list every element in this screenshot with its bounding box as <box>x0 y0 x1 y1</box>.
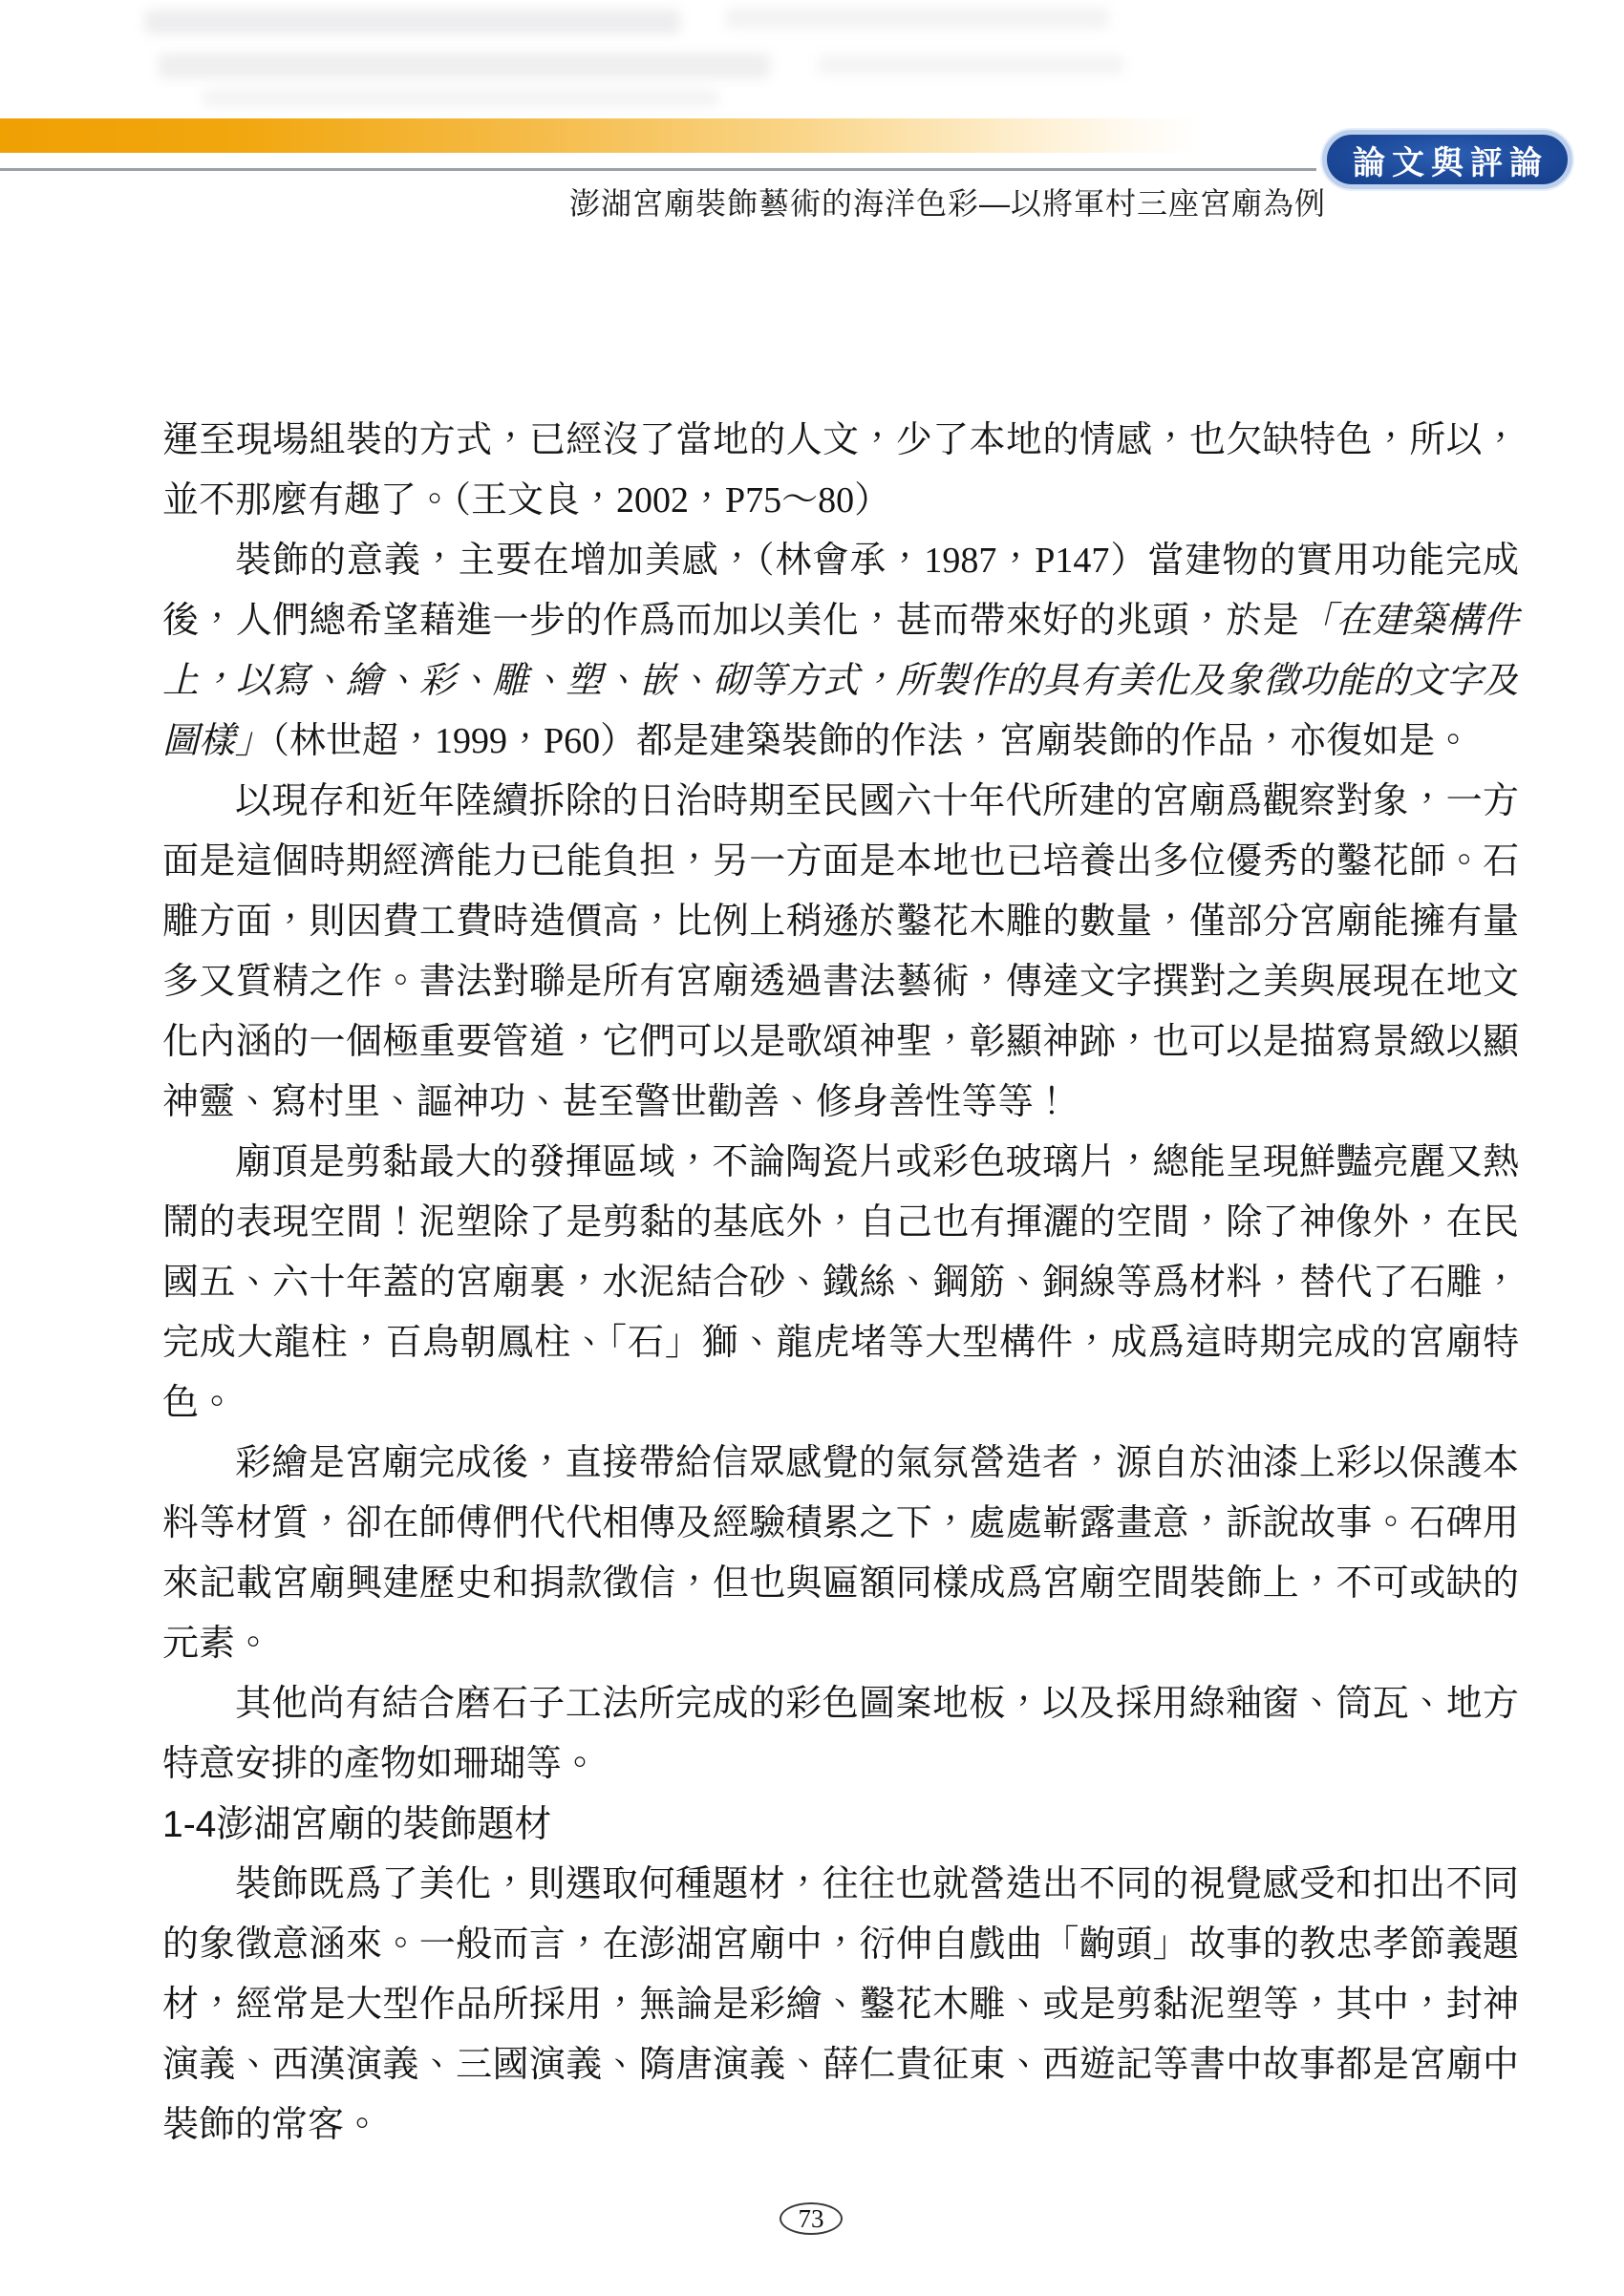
running-header-title: 澎湖宮廟裝飾藝術的海洋色彩—以將軍村三座宮廟為例 <box>569 180 1326 223</box>
bleed-through-artifact <box>726 8 1108 29</box>
section-heading: 1-4澎湖宮廟的裝飾題材 <box>162 1795 1519 1855</box>
text-run: 其他尚有結合磨石子工法所完成的彩色圖案地板，以及採用綠釉窗、筒瓦、地方特意安排的… <box>162 1684 1519 1784</box>
header-rule <box>0 168 1316 171</box>
text-run: 1-4澎湖宮廟的裝飾題材 <box>162 1804 551 1845</box>
section-badge: 論文與評論 <box>1322 130 1572 189</box>
text-run: 運至現場組裝的方式，已經沒了當地的人文，少了本地的情感，也欠缺特色，所以，並不那… <box>162 420 1519 521</box>
orange-gradient-bar <box>0 118 1199 153</box>
paragraph: 裝飾的意義，主要在增加美感，（林會承，1987，P147）當建物的實用功能完成後… <box>162 531 1519 772</box>
bleed-through-artifact <box>159 53 770 78</box>
bleed-through-artifact <box>818 55 1123 74</box>
text-run: 廟頂是剪黏最大的發揮區域，不論陶瓷片或彩色玻璃片，總能呈現鮮豔亮麗又熱鬧的表現空… <box>162 1142 1519 1423</box>
text-run: 彩繪是宮廟完成後，直接帶給信眾感覺的氣氛營造者，源自於油漆上彩以保護本料等材質，… <box>162 1443 1519 1664</box>
paragraph: 廟頂是剪黏最大的發揮區域，不論陶瓷片或彩色玻璃片，總能呈現鮮豔亮麗又熱鬧的表現空… <box>162 1133 1519 1434</box>
paragraph: 以現存和近年陸續拆除的日治時期至民國六十年代所建的宮廟爲觀察對象，一方面是這個時… <box>162 772 1519 1133</box>
text-run: （林世超，1999，P60）都是建築裝飾的作法，宮廟裝飾的作品，亦復如是。 <box>271 721 1471 761</box>
body-text: 運至現場組裝的方式，已經沒了當地的人文，少了本地的情感，也欠缺特色，所以，並不那… <box>162 411 1519 2156</box>
text-run: 裝飾既爲了美化，則選取何種題材，往往也就營造出不同的視覺感受和扣出不同的象徵意涵… <box>162 1864 1519 2145</box>
page-number-oval: 73 <box>780 2202 843 2235</box>
section-badge-label: 論文與評論 <box>1346 137 1549 183</box>
paragraph: 裝飾既爲了美化，則選取何種題材，往往也就營造出不同的視覺感受和扣出不同的象徵意涵… <box>162 1855 1519 2156</box>
bleed-through-artifact <box>145 10 680 34</box>
paragraph: 彩繪是宮廟完成後，直接帶給信眾感覺的氣氛營造者，源自於油漆上彩以保護本料等材質，… <box>162 1434 1519 1674</box>
document-page: 澎湖宮廟裝飾藝術的海洋色彩—以將軍村三座宮廟為例 論文與評論 運至現場組裝的方式… <box>0 0 1624 2296</box>
page-number: 73 <box>799 2204 824 2234</box>
bleed-through-artifact <box>203 90 718 106</box>
paragraph: 其他尚有結合磨石子工法所完成的彩色圖案地板，以及採用綠釉窗、筒瓦、地方特意安排的… <box>162 1674 1519 1795</box>
paragraph: 運至現場組裝的方式，已經沒了當地的人文，少了本地的情感，也欠缺特色，所以，並不那… <box>162 411 1519 531</box>
text-run: 以現存和近年陸續拆除的日治時期至民國六十年代所建的宮廟爲觀察對象，一方面是這個時… <box>162 781 1519 1122</box>
